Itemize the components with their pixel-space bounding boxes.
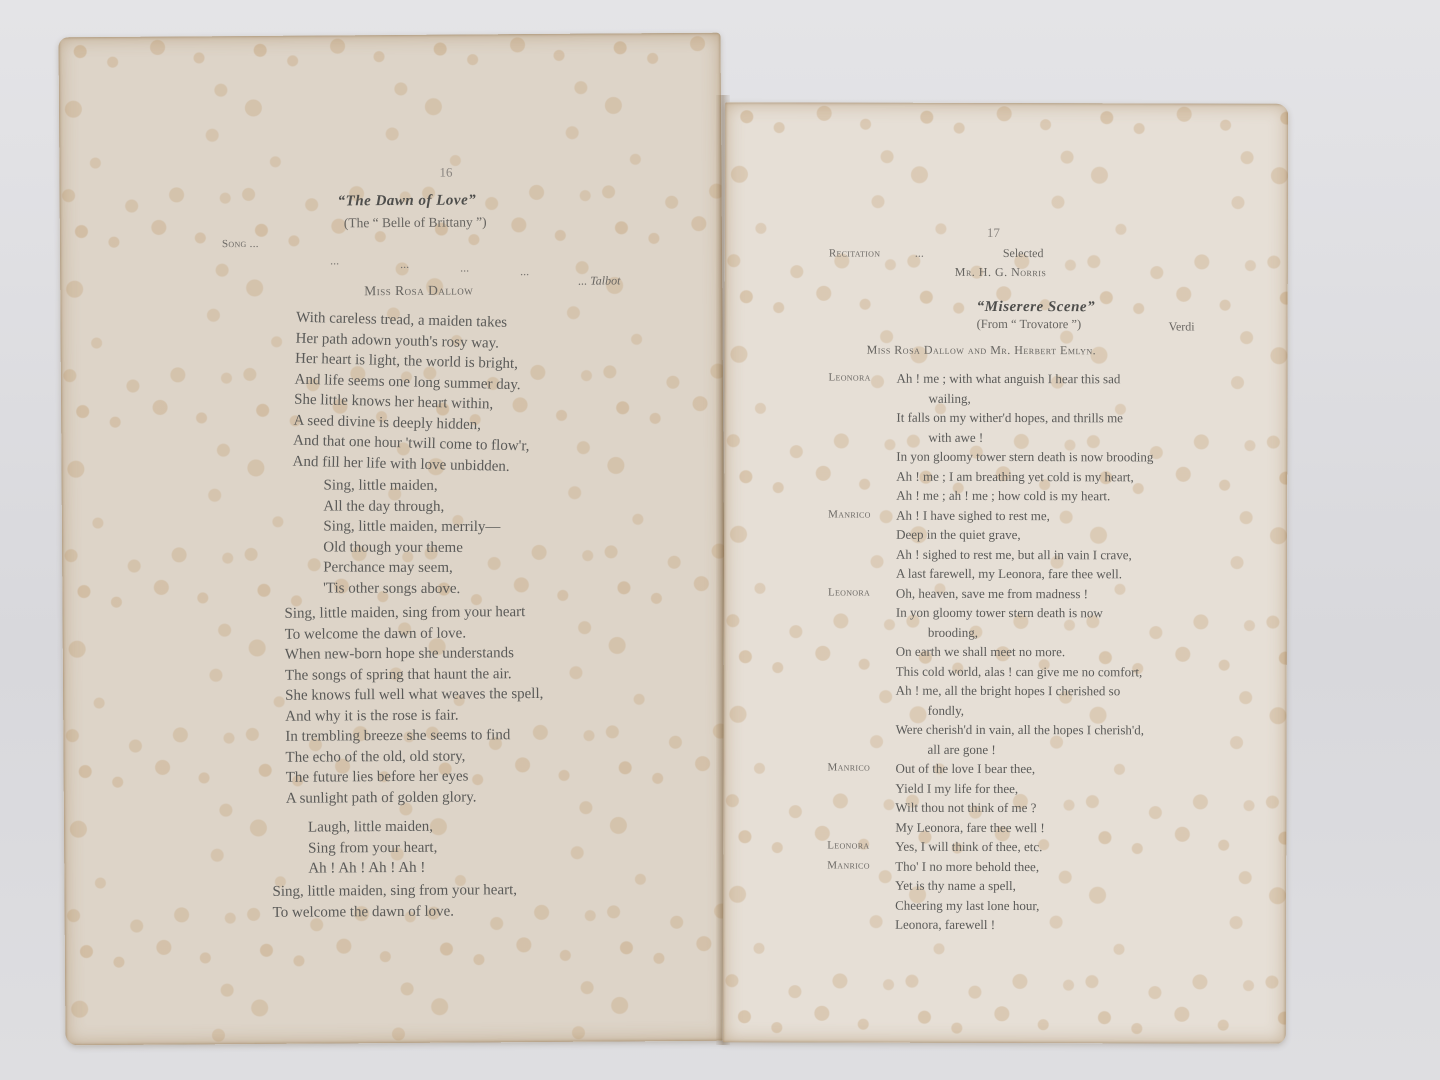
dialogue-line: Ah ! me ; ah ! me ; how cold is my heart… (896, 486, 1110, 507)
lyric-line: Sing, little maiden, sing from your hear… (284, 602, 542, 624)
lyric-line: She knows full well what weaves the spel… (285, 684, 543, 706)
dialogue-line: Ah ! me ; with what anguish I hear this … (896, 369, 1120, 390)
leader-dots: ... (330, 253, 339, 268)
song-title: “The Dawn of Love” (338, 192, 477, 210)
dialogue-line: Out of the love I bear thee, (895, 759, 1035, 780)
verse-2: Sing, little maiden, sing from your hear… (284, 602, 544, 809)
recitation-value: Selected (1003, 246, 1044, 261)
lyric-line: Sing, little maiden, merrily— (323, 516, 500, 537)
left-page: 16 “The Dawn of Love” (The “ Belle of Br… (58, 33, 727, 1046)
speaker-label: Leonora (828, 586, 870, 598)
dialogue-line: Ah ! me ; I am breathing yet cold is my … (896, 466, 1134, 487)
dialogue-line: Oh, heaven, save me from madness ! (896, 583, 1088, 604)
refrain-2: Laugh, little maiden, Sing from your hea… (308, 817, 438, 879)
lyric-line: Perchance may seem, (323, 557, 500, 578)
lyric-line: Old though your theme (323, 537, 500, 558)
dialogue-line: In yon gloomy tower stern death is now (896, 603, 1103, 624)
lyric-line: Sing, little maiden, sing from your hear… (272, 880, 517, 902)
refrain-1: Sing, little maiden, All the day through… (323, 475, 500, 599)
dialogue-line: This cold world, alas ! can give me no c… (896, 661, 1143, 682)
dialogue-line: Deep in the quiet grave, (896, 525, 1021, 546)
leader-dots: ... (915, 246, 924, 261)
lyric-line: Ah ! Ah ! Ah ! Ah ! (308, 858, 437, 879)
performers: Miss Rosa Dallow and Mr. Herbert Emlyn. (867, 343, 1097, 359)
leader-dots: ... (400, 257, 409, 272)
dialogue-line: Wilt thou not think of me ? (895, 798, 1036, 819)
speaker-label: Manrico (828, 508, 871, 520)
dialogue-line: Leonora, farewell ! (895, 915, 995, 936)
dialogue-line: Yet is thy name a spell, (895, 876, 1016, 897)
lyric-line: 'Tis other songs above. (323, 578, 500, 599)
lyric-line: All the day through, (323, 496, 500, 517)
speaker-label: Leonora (828, 372, 870, 384)
lyric-line: To welcome the dawn of love. (273, 901, 518, 923)
dialogue-line: Tho' I no more behold thee, (895, 856, 1039, 877)
speaker-label: Manrico (827, 762, 870, 774)
dialogue-line: fondly, (928, 700, 964, 721)
scene-title: “Miserere Scene” (977, 299, 1095, 316)
dialogue-line: It falls on my wither'd hopes, and thril… (896, 408, 1123, 429)
scene-subtitle: (From “ Trovatore ”) (977, 317, 1082, 332)
dialogue-line: A last farewell, my Leonora, fare thee w… (896, 564, 1122, 585)
speaker-label: Leonora (827, 840, 869, 852)
composer: Verdi (1169, 319, 1195, 334)
dialogue-line: In yon gloomy tower stern death is now b… (896, 447, 1153, 468)
lyric-line: The echo of the old, old story, (285, 745, 543, 767)
dialogue-line: with awe ! (928, 427, 983, 448)
dialogue-line: Yes, I will think of thee, etc. (895, 837, 1042, 858)
leader-dots: ... (520, 264, 529, 279)
dialogue-line: Ah ! I have sighed to rest me, (896, 505, 1050, 526)
dialogue-line: wailing, (928, 388, 970, 409)
lyric-line: The future lies before her eyes (286, 766, 544, 788)
lyric-line: Sing, little maiden, (323, 475, 500, 496)
dialogue-line: all are gone ! (928, 739, 996, 760)
dialogue-line: Were cherish'd in vain, all the hopes I … (896, 720, 1144, 741)
dialogue-line: Ah ! me, all the bright hopes I cherishe… (896, 681, 1121, 702)
verse-1: With careless tread, a maiden takes Her … (292, 308, 532, 478)
lyric-line: When new-born hope she understands (285, 643, 543, 665)
page-number: 17 (987, 225, 1000, 241)
speaker-label: Manrico (827, 859, 870, 871)
lyric-line: And why it is the rose is fair. (285, 704, 543, 726)
dialogue-line: Yield I my life for thee, (895, 778, 1018, 799)
closing-lines: Sing, little maiden, sing from your hear… (272, 880, 517, 923)
item-type-label: Song ... (222, 238, 259, 250)
dialogue-line: brooding, (928, 622, 978, 643)
right-page: 17 Recitation ... Selected Mr. H. G. Nor… (723, 102, 1288, 1043)
lyric-line: A sunlight path of golden glory. (286, 786, 544, 808)
lyric-line: In trembling breeze she seems to find (285, 725, 543, 747)
recitation-label: Recitation (829, 248, 880, 260)
dialogue-line: Ah ! sighed to rest me, but all in vain … (896, 544, 1132, 565)
lyric-line: Laugh, little maiden, (308, 817, 437, 838)
lyric-line: The songs of spring that haunt the air. (285, 663, 543, 685)
dialogue-line: Cheering my last lone hour, (895, 895, 1039, 916)
composer: ... Talbot (578, 273, 620, 288)
performer: Miss Rosa Dallow (364, 282, 473, 299)
page-number: 16 (439, 165, 452, 181)
lyric-line: To welcome the dawn of love. (285, 622, 543, 644)
leader-dots: ... (460, 260, 469, 275)
dialogue-line: On earth we shall meet no more. (896, 642, 1065, 663)
song-subtitle: (The “ Belle of Brittany ”) (344, 214, 487, 231)
dialogue-line: My Leonora, fare thee well ! (895, 817, 1044, 838)
recitation-performer: Mr. H. G. Norris (955, 265, 1047, 280)
lyric-line: Sing from your heart, (308, 837, 437, 858)
